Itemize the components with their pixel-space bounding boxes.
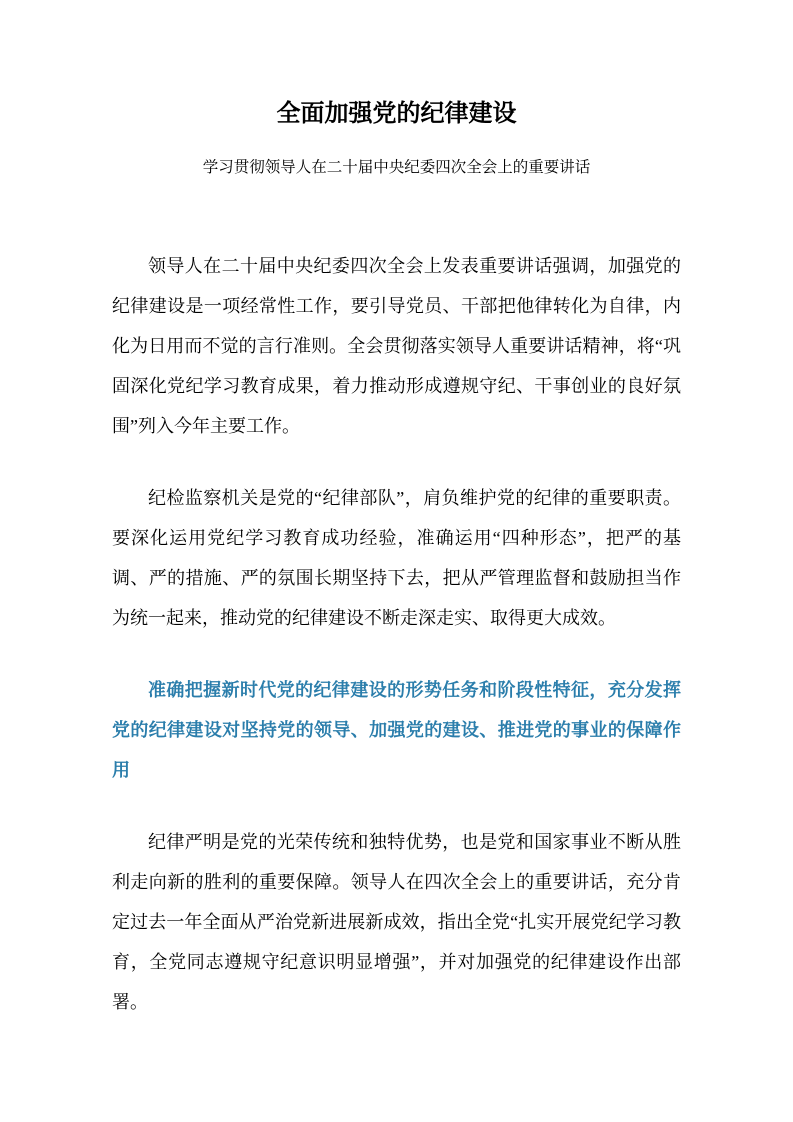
body-paragraph-3: 纪律严明是党的光荣传统和独特优势，也是党和国家事业不断从胜利走向新的胜利的重要保… bbox=[112, 822, 681, 1022]
document-subtitle: 学习贯彻领导人在二十届中央纪委四次全会上的重要讲话 bbox=[112, 156, 681, 180]
document-body: 领导人在二十届中央纪委四次全会上发表重要讲话强调，加强党的纪律建设是一项经常性工… bbox=[112, 246, 681, 1022]
document-page: 全面加强党的纪律建设 学习贯彻领导人在二十届中央纪委四次全会上的重要讲话 领导人… bbox=[0, 0, 793, 1122]
body-paragraph-1: 领导人在二十届中央纪委四次全会上发表重要讲话强调，加强党的纪律建设是一项经常性工… bbox=[112, 246, 681, 446]
emphasis-paragraph: 准确把握新时代党的纪律建设的形势任务和阶段性特征，充分发挥党的纪律建设对坚持党的… bbox=[112, 670, 681, 790]
document-title: 全面加强党的纪律建设 bbox=[112, 96, 681, 130]
body-paragraph-2: 纪检监察机关是党的“纪律部队”，肩负维护党的纪律的重要职责。要深化运用党纪学习教… bbox=[112, 478, 681, 638]
